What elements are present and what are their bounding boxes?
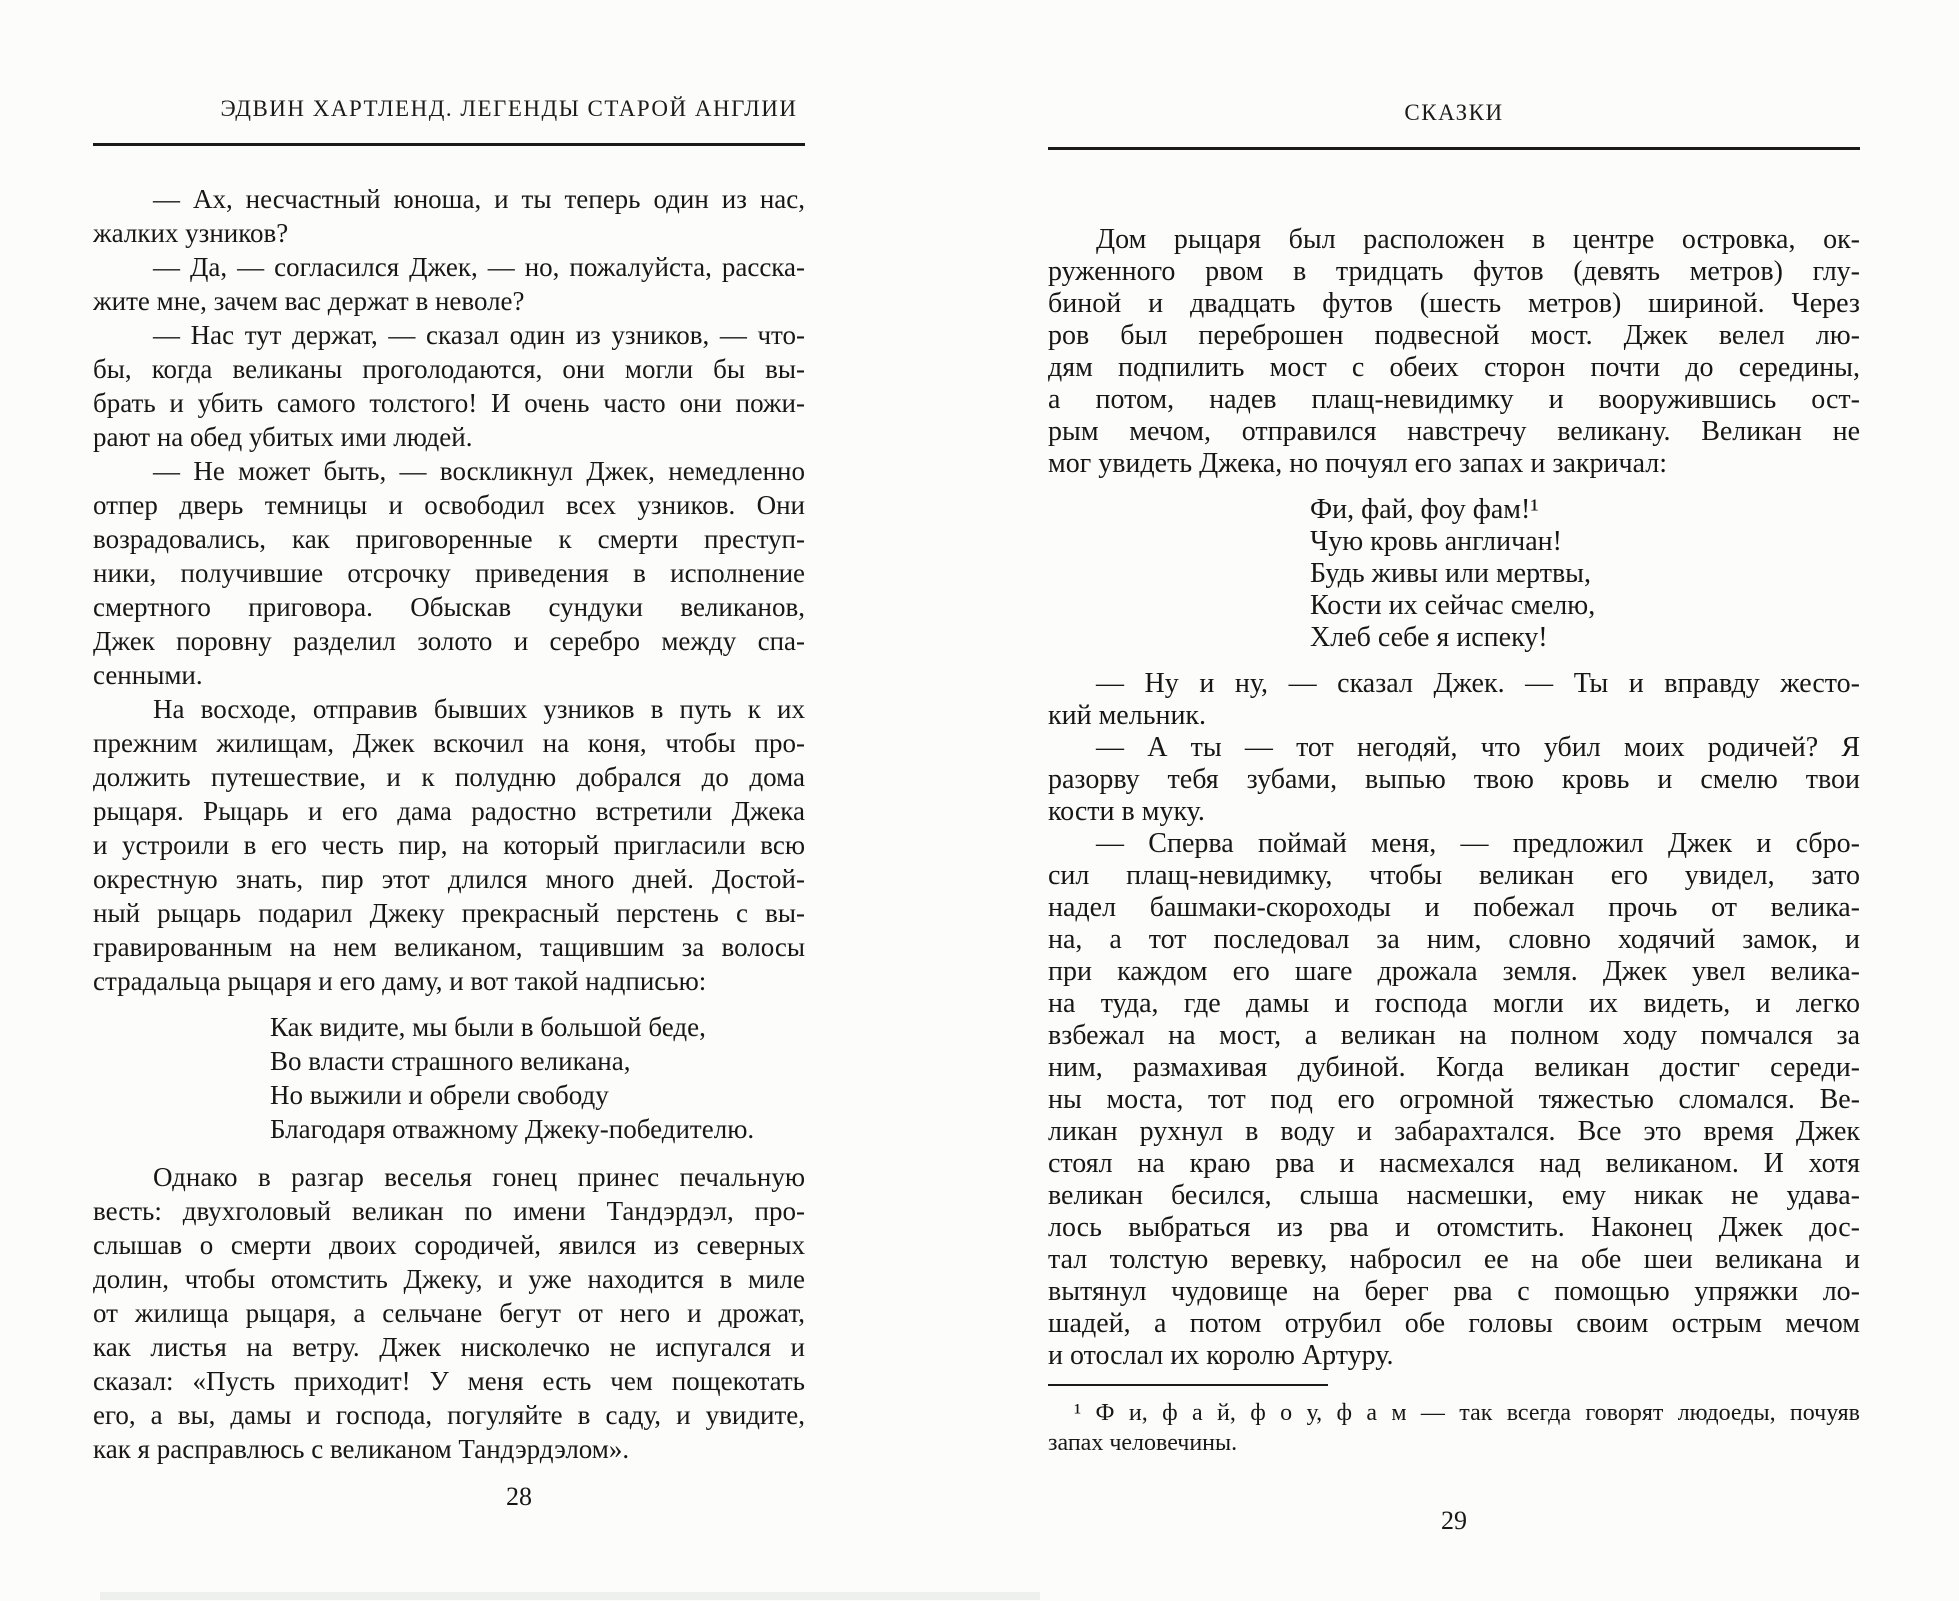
text-line: ники, получившие отсрочку приведения в и…: [93, 556, 805, 590]
paragraph: — Нас тут держат, — сказал один из узник…: [93, 318, 805, 454]
text-line: шадей, а потом отрубил обе головы своим …: [1048, 1308, 1860, 1340]
text-line: ликан рухнул в воду и забарахтался. Все …: [1048, 1116, 1860, 1148]
text-line: бы, когда великаны проголодаются, они мо…: [93, 352, 805, 386]
text-line: — Ах, несчастный юноша, и ты теперь один…: [93, 182, 805, 216]
text-line: прежним жилищам, Джек вскочил на коня, ч…: [93, 726, 805, 760]
text-line: брать и убить самого толстого! И очень ч…: [93, 386, 805, 420]
paragraph: — Не может быть, — воскликнул Джек, неме…: [93, 454, 805, 692]
text-line: — Не может быть, — воскликнул Джек, неме…: [93, 454, 805, 488]
text-line: запах человечины.: [1048, 1428, 1860, 1458]
text-line: и отослал их королю Артуру.: [1048, 1340, 1860, 1372]
text-line: Как видите, мы были в большой беде,: [270, 1010, 805, 1044]
left-header-rule: [93, 143, 805, 146]
text-line: — Сперва поймай меня, — предложил Джек и…: [1048, 828, 1860, 860]
right-page: СКАЗКИ Дом рыцаря был расположен в центр…: [1048, 0, 1860, 1601]
text-line: сенными.: [93, 658, 805, 692]
right-page-body: Дом рыцаря был расположен в центре остро…: [1048, 224, 1860, 1458]
text-line: Кости их сейчас смелю,: [1310, 590, 1860, 622]
text-line: слышав о смерти двоих сородичей, явился …: [93, 1228, 805, 1262]
text-line: — А ты — тот негодяй, что убил моих роди…: [1048, 732, 1860, 764]
paragraph: — Ах, несчастный юноша, и ты теперь один…: [93, 182, 805, 250]
paragraph: Однако в разгар веселья гонец принес печ…: [93, 1160, 805, 1466]
text-line: вытянул чудовище на берег рва с помощью …: [1048, 1276, 1860, 1308]
left-page-number: 28: [93, 1482, 805, 1512]
text-line: сил плащ-невидимку, чтобы великан его ув…: [1048, 860, 1860, 892]
text-line: окрестную знать, пир этот длился много д…: [93, 862, 805, 896]
text-line: весть: двухголовый великан по имени Танд…: [93, 1194, 805, 1228]
text-line: Но выжили и обрели свободу: [270, 1078, 805, 1112]
footnote-separator-rule: [1048, 1384, 1328, 1386]
text-line: на туда, где дамы и господа могли их вид…: [1048, 988, 1860, 1020]
text-line: возрадовались, как приговоренные к смерт…: [93, 522, 805, 556]
text-line: ны моста, тот под его огромной тяжестью …: [1048, 1084, 1860, 1116]
text-line: — Нас тут держат, — сказал один из узник…: [93, 318, 805, 352]
text-line: должить путешествие, и к полудню добралс…: [93, 760, 805, 794]
text-line: — Да, — согласился Джек, — но, пожалуйст…: [93, 250, 805, 284]
text-line: отпер дверь темницы и освободил всех узн…: [93, 488, 805, 522]
paragraph: Дом рыцаря был расположен в центре остро…: [1048, 224, 1860, 480]
text-line: как я расправлюсь с великаном Тандэрдэло…: [93, 1432, 805, 1466]
text-line: тал толстую веревку, набросил ее на обе …: [1048, 1244, 1860, 1276]
left-page: ЭДВИН ХАРТЛЕНД. ЛЕГЕНДЫ СТАРОЙ АНГЛИИ — …: [93, 0, 805, 1601]
scan-bottom-shadow: [100, 1592, 1040, 1600]
text-line: мог увидеть Джека, но почуял его запах и…: [1048, 448, 1860, 480]
left-running-head: ЭДВИН ХАРТЛЕНД. ЛЕГЕНДЫ СТАРОЙ АНГЛИИ: [93, 95, 805, 123]
text-line: надел башмаки-скороходы и побежал прочь …: [1048, 892, 1860, 924]
ring-inscription-verse: Как видите, мы были в большой беде,Во вл…: [93, 1010, 805, 1146]
footnote: ¹ Ф и, ф а й, ф о у, ф а м — так всегда …: [1048, 1398, 1860, 1458]
text-line: и устроили в его честь пир, на который п…: [93, 828, 805, 862]
text-line: ним, размахивая дубиной. Когда великан д…: [1048, 1052, 1860, 1084]
text-line: при каждом его шаге дрожала земля. Джек …: [1048, 956, 1860, 988]
text-line: кий мельник.: [1048, 700, 1860, 732]
text-line: рым мечом, отправился навстречу великану…: [1048, 416, 1860, 448]
paragraph: — Сперва поймай меня, — предложил Джек и…: [1048, 828, 1860, 1372]
text-line: — Ну и ну, — сказал Джек. — Ты и вправду…: [1048, 668, 1860, 700]
right-page-number: 29: [1048, 1506, 1860, 1536]
text-line: жите мне, зачем вас держат в неволе?: [93, 284, 805, 318]
text-line: ров был переброшен подвесной мост. Джек …: [1048, 320, 1860, 352]
text-line: его, а вы, дамы и господа, погуляйте в с…: [93, 1398, 805, 1432]
text-line: взбежал на мост, а великан на полном ход…: [1048, 1020, 1860, 1052]
text-line: сказал: «Пусть приходит! У меня есть чем…: [93, 1364, 805, 1398]
text-line: великан бесился, слыша насмешки, ему ник…: [1048, 1180, 1860, 1212]
text-line: Во власти страшного великана,: [270, 1044, 805, 1078]
text-line: смертного приговора. Обыскав сундуки вел…: [93, 590, 805, 624]
text-line: Благодаря отважному Джеку-победителю.: [270, 1112, 805, 1146]
text-line: Чую кровь англичан!: [1310, 526, 1860, 558]
right-header-rule: [1048, 147, 1860, 150]
text-line: долин, чтобы отомстить Джеку, и уже нахо…: [93, 1262, 805, 1296]
text-line: жалких узников?: [93, 216, 805, 250]
text-line: На восходе, отправив бывших узников в пу…: [93, 692, 805, 726]
text-line: рают на обед убитых ими людей.: [93, 420, 805, 454]
text-line: руженного рвом в тридцать футов (девять …: [1048, 256, 1860, 288]
text-line: Однако в разгар веселья гонец принес печ…: [93, 1160, 805, 1194]
text-line: Будь живы или мертвы,: [1310, 558, 1860, 590]
text-line: стоял на краю рва и насмехался над велик…: [1048, 1148, 1860, 1180]
text-line: биной и двадцать футов (шесть метров) ши…: [1048, 288, 1860, 320]
paragraph: На восходе, отправив бывших узников в пу…: [93, 692, 805, 998]
text-line: страдальца рыцаря и его даму, и вот тако…: [93, 964, 805, 998]
text-line: а потом, надев плащ-невидимку и вооружив…: [1048, 384, 1860, 416]
text-line: рыцаря. Рыцарь и его дама радостно встре…: [93, 794, 805, 828]
text-line: ¹ Ф и, ф а й, ф о у, ф а м — так всегда …: [1048, 1398, 1860, 1428]
text-line: на, а тот последовал за ним, словно ходя…: [1048, 924, 1860, 956]
text-line: Джек поровну разделил золото и серебро м…: [93, 624, 805, 658]
paragraph: — Да, — согласился Джек, — но, пожалуйст…: [93, 250, 805, 318]
text-line: Хлеб себе я испеку!: [1310, 622, 1860, 654]
paragraph: — Ну и ну, — сказал Джек. — Ты и вправду…: [1048, 668, 1860, 732]
text-line: лось выбраться из рва и отомстить. Након…: [1048, 1212, 1860, 1244]
text-line: Дом рыцаря был расположен в центре остро…: [1048, 224, 1860, 256]
left-page-body: — Ах, несчастный юноша, и ты теперь один…: [93, 182, 805, 1466]
text-line: дям подпилить мост с обеих сторон почти …: [1048, 352, 1860, 384]
text-line: гравированным на нем великаном, тащившим…: [93, 930, 805, 964]
text-line: кости в муку.: [1048, 796, 1860, 828]
text-line: разорву тебя зубами, выпью твою кровь и …: [1048, 764, 1860, 796]
text-line: ный рыцарь подарил Джеку прекрасный перс…: [93, 896, 805, 930]
text-line: от жилища рыцаря, а сельчане бегут от не…: [93, 1296, 805, 1330]
text-line: Фи, фай, фоу фам!¹: [1310, 494, 1860, 526]
paragraph: — А ты — тот негодяй, что убил моих роди…: [1048, 732, 1860, 828]
right-running-head: СКАЗКИ: [1048, 99, 1860, 127]
text-line: как листья на ветру. Джек нисколечко не …: [93, 1330, 805, 1364]
giant-chant-verse: Фи, фай, фоу фам!¹Чую кровь англичан!Буд…: [1048, 494, 1860, 654]
